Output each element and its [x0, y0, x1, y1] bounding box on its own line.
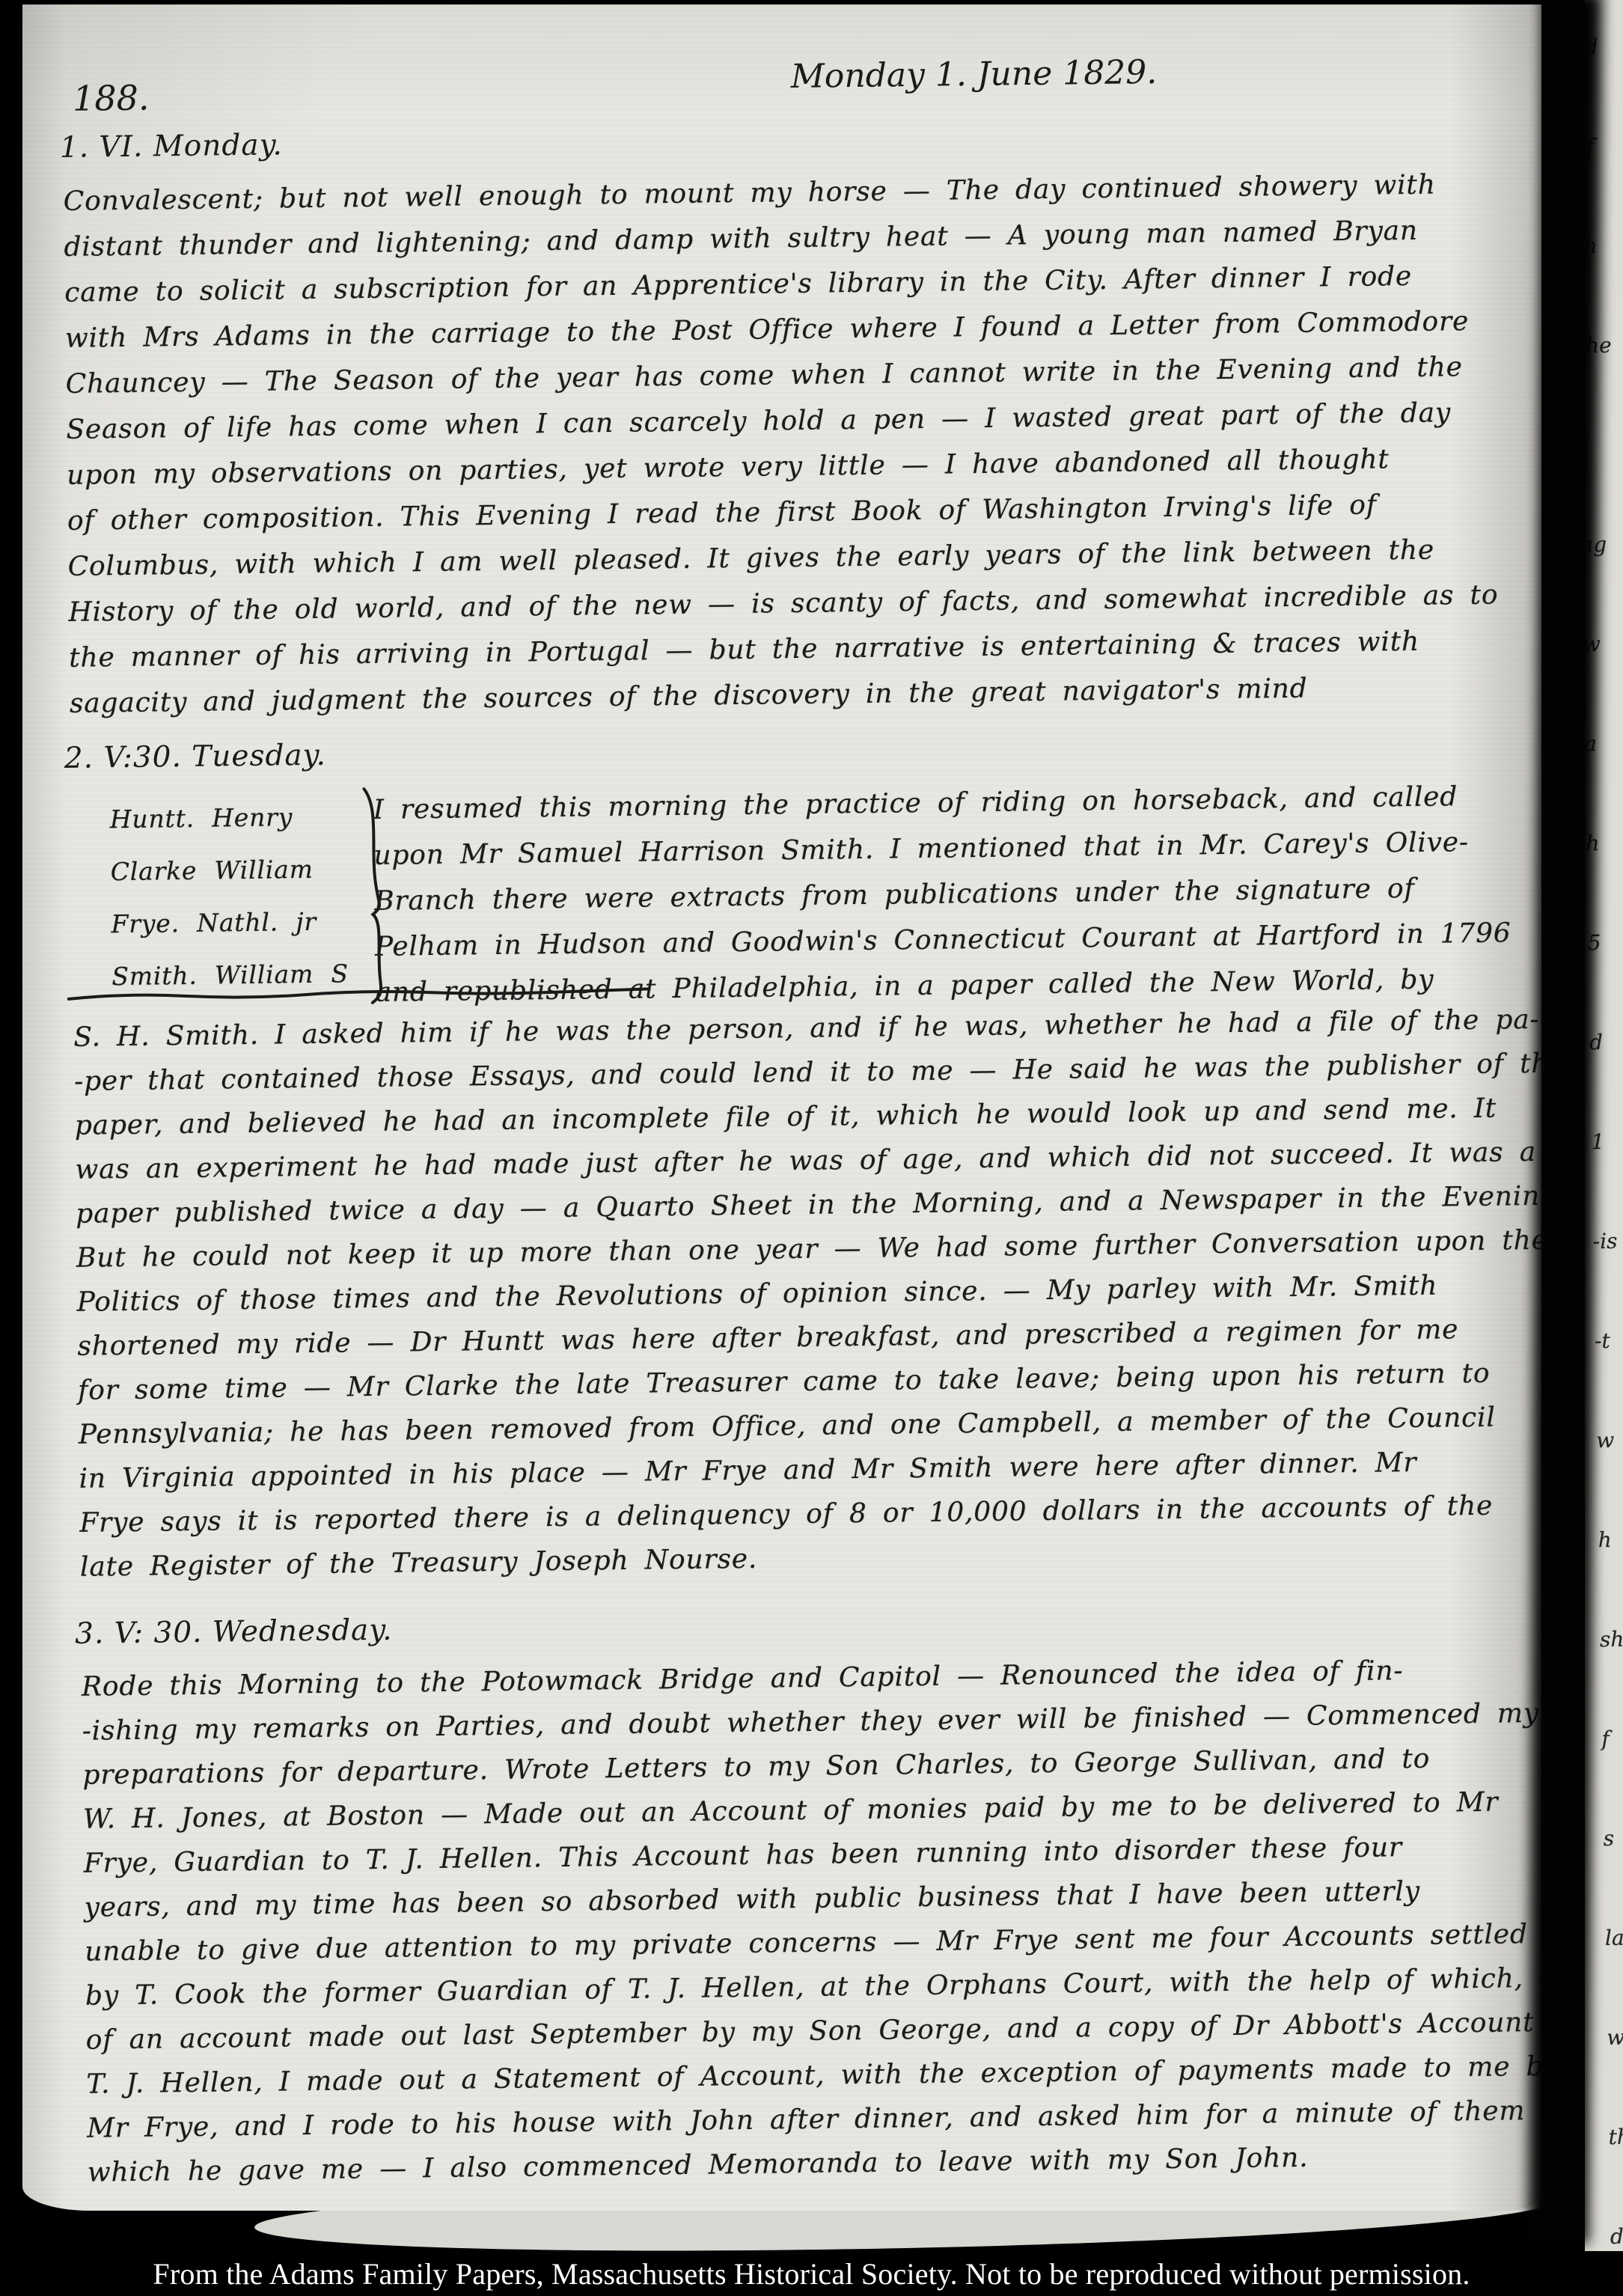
entry-heading-wednesday: 3. V: 30. Wednesday. [75, 1613, 393, 1651]
bleed-fragment: -is [1592, 1229, 1623, 1254]
bleed-fragment: w [1596, 1427, 1623, 1453]
header-date: Monday 1. June 1829. [790, 53, 1157, 96]
credit-text: From the Adams Family Papers, Massachuse… [153, 2256, 1470, 2292]
margin-name: Frye. Nathl. jr [111, 895, 348, 950]
credit-bar: From the Adams Family Papers, Massachuse… [0, 2251, 1623, 2296]
entry-body-tuesday: S. H. Smith. I asked him if he was the p… [73, 998, 1539, 1590]
bleed-fragment: sh [1600, 1626, 1623, 1652]
bleed-fragment: h [1598, 1527, 1623, 1552]
entry-body-monday: Convalescent; but not well enough to mou… [63, 161, 1529, 727]
margin-name: Clarke William [110, 843, 347, 898]
tuesday-annotated-block: Huntt. HenryClarke WilliamFrye. Nathl. j… [70, 773, 1532, 1016]
entry-heading-monday: 1. VI. Monday. [60, 128, 283, 165]
bleed-fragment: th [1608, 2124, 1623, 2149]
entry-body-wednesday: Rode this Morning to the Potowmack Bridg… [82, 1647, 1547, 2195]
tuesday-side-text: I resumed this morning the practice of r… [373, 773, 1512, 1016]
handwritten-content: 188. Monday 1. June 1829. 1. VI. Monday.… [12, 0, 1558, 2221]
margin-name-list: Huntt. HenryClarke WilliamFrye. Nathl. j… [109, 790, 349, 1003]
bleed-fragment: s [1603, 1825, 1623, 1851]
bleed-fragment: d [1610, 2223, 1623, 2249]
bleed-fragment: -t [1595, 1328, 1623, 1354]
bleed-fragment: w [1607, 2024, 1623, 2050]
bleed-fragment: f [1601, 1726, 1623, 1751]
entry-heading-tuesday: 2. V:30. Tuesday. [64, 739, 327, 775]
scanned-diary-screenshot: 188. Monday 1. June 1829. 1. VI. Monday.… [0, 0, 1623, 2296]
bleed-fragment: 1 [1591, 1129, 1623, 1155]
bleed-fragment: lab [1605, 1925, 1623, 1950]
page-number: 188. [73, 77, 150, 118]
manuscript-page: 188. Monday 1. June 1829. 1. VI. Monday.… [22, 4, 1541, 2211]
margin-name: Huntt. Henry [109, 790, 346, 846]
